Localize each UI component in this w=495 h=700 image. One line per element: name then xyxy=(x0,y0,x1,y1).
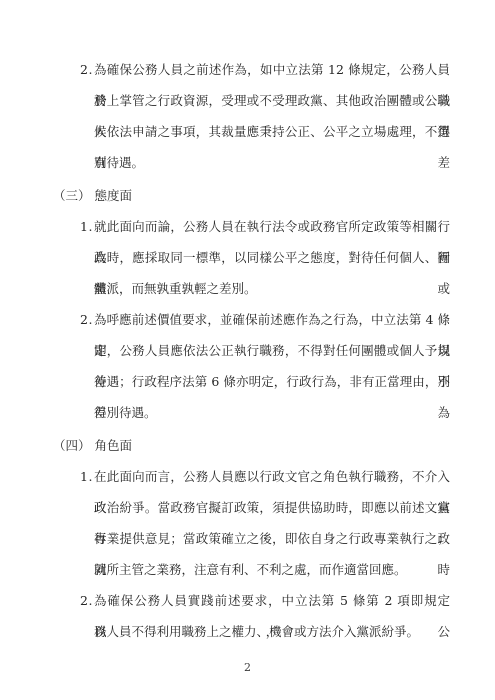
section-heading: （四）角色面 xyxy=(53,430,495,461)
text-line: 務人員不得利用職務上之權力、機會或方法介入黨派紛爭。 xyxy=(94,616,450,647)
text-line: 別待遇。 xyxy=(94,147,450,178)
list-item-line: 2.為確保公務人員之前述作為，如中立法第 12 條規定，公務人員於職 xyxy=(94,54,450,85)
text-line: 黨派，而無孰重孰輕之差別。 xyxy=(94,273,450,304)
document-page: 2.為確保公務人員之前述作為，如中立法第 12 條規定，公務人員於職務上掌管之行… xyxy=(0,0,495,700)
list-item-line: 1.在此面向而言，公務人員應以行政文官之角色執行職務，不介入政黨 xyxy=(94,461,450,492)
list-item-line: 2.為確保公務人員實踐前述要求，中立法第 5 條第 2 項即規定以，公 xyxy=(94,585,450,616)
line-text: 差別待遇。 xyxy=(94,405,157,420)
list-item-number: 1. xyxy=(80,461,93,492)
text-line: 為時，應採取同一標準，以同樣公平之態度，對待任何個人、團體或 xyxy=(94,242,450,273)
line-text: 務人員不得利用職務上之權力、機會或方法介入黨派紛爭。 xyxy=(94,624,419,639)
line-text: 就所主管之業務，注意有利、不利之處，而作適當回應。 xyxy=(94,562,407,577)
text-line: 政治紛爭。當政務官擬訂政策，須提供協助時，即應以前述文官行政 xyxy=(94,492,450,523)
text-line: 專業提供意見；當政策確立之後，即依自身之行政專業執行之；同時 xyxy=(94,523,450,554)
section-heading: （三）態度面 xyxy=(53,180,495,211)
section-heading-label: （四） xyxy=(53,438,91,453)
text-line: 務上掌管之行政資源，受理或不受理政黨、其他政治團體或公職候選 xyxy=(94,85,450,116)
section-heading-title: 角色面 xyxy=(95,438,133,453)
text-line: 就所主管之業務，注意有利、不利之處，而作適當回應。 xyxy=(94,554,450,585)
page-number: 2 xyxy=(0,660,495,676)
list-item-number: 2. xyxy=(80,585,93,616)
list-item-number: 2. xyxy=(80,54,93,85)
section-heading-title: 態度面 xyxy=(95,188,133,203)
section-heading-label: （三） xyxy=(53,188,91,203)
text-line: 人依法申請之事項，其裁量應秉持公正、公平之立場處理，不得有差 xyxy=(94,116,450,147)
text-line: 差別待遇。 xyxy=(94,397,450,428)
document-body: 2.為確保公務人員之前述作為，如中立法第 12 條規定，公務人員於職務上掌管之行… xyxy=(0,54,495,647)
line-text: 黨派，而無孰重孰輕之差別。 xyxy=(94,281,257,296)
line-text: 別待遇。 xyxy=(94,155,144,170)
list-item-line: 1.就此面向而論，公務人員在執行法令或政務官所定政策等相關行政行 xyxy=(94,211,450,242)
text-line: 待遇；行政程序法第 6 條亦明定，行政行為，非有正當理由，不得為 xyxy=(94,366,450,397)
list-item-number: 2. xyxy=(80,304,93,335)
list-item-number: 1. xyxy=(80,211,93,242)
list-item-line: 2.為呼應前述價值要求，並確保前述應作為之行為，中立法第 4 條即規 xyxy=(94,304,450,335)
text-line: 定，公務人員應依法公正執行職務，不得對任何團體或個人予以差別 xyxy=(94,335,450,366)
